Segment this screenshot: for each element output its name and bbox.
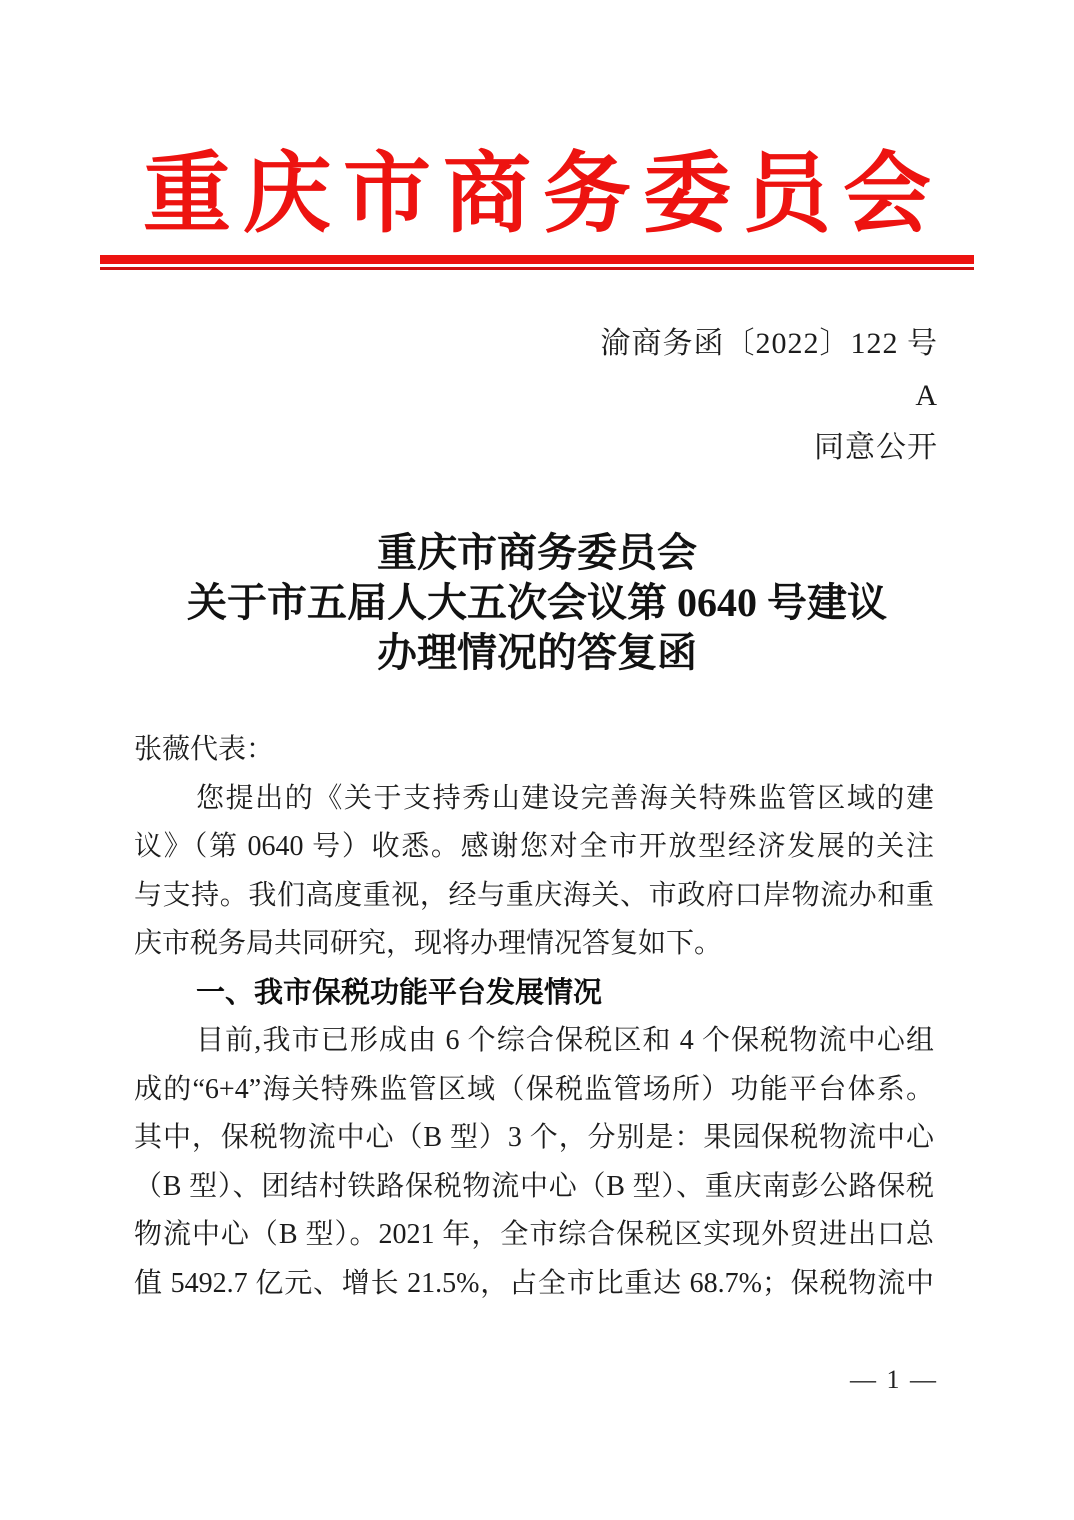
page-number: — 1 — bbox=[850, 1366, 938, 1394]
body-line: 您提出的《关于支持秀山建设完善海关特殊监管区域的建 bbox=[134, 775, 934, 824]
document-title-line: 办理情况的答复函 bbox=[0, 628, 1074, 678]
letter-body: 张薇代表： 您提出的《关于支持秀山建设完善海关特殊监管区域的建 议》（第 064… bbox=[134, 726, 934, 1308]
section-heading: 一、我市保税功能平台发展情况 bbox=[134, 969, 934, 1018]
doc-number: 渝商务函〔2022〕122 号 bbox=[601, 318, 939, 370]
salutation: 张薇代表： bbox=[134, 726, 934, 775]
body-line: 成的“6+4”海关特殊监管区域（保税监管场所）功能平台体系。 bbox=[134, 1066, 934, 1115]
body-line: 与支持。我们高度重视，经与重庆海关、市政府口岸物流办和重 bbox=[134, 872, 934, 921]
letterhead-rule-thin bbox=[100, 267, 974, 270]
body-line: 其中，保税物流中心（B 型）3 个，分别是：果园保税物流中心 bbox=[134, 1114, 934, 1163]
agency-letterhead: 重庆市商务委员会 bbox=[0, 146, 1074, 246]
body-line: （B 型）、团结村铁路保税物流中心（B 型）、重庆南彭公路保税 bbox=[134, 1163, 934, 1212]
reference-block: 渝商务函〔2022〕122 号 A 同意公开 bbox=[601, 318, 939, 474]
reply-classification: A bbox=[601, 370, 939, 422]
body-line: 议》（第 0640 号）收悉。感谢您对全市开放型经济发展的关注 bbox=[134, 823, 934, 872]
body-line: 值 5492.7 亿元、增长 21.5%，占全市比重达 68.7%；保税物流中 bbox=[134, 1260, 934, 1309]
document-title-line: 关于市五届人大五次会议第 0640 号建议 bbox=[0, 578, 1074, 628]
document-title-line: 重庆市商务委员会 bbox=[0, 528, 1074, 578]
letterhead-rule-thick bbox=[100, 255, 974, 264]
body-line: 庆市税务局共同研究，现将办理情况答复如下。 bbox=[134, 920, 934, 969]
body-line: 目前,我市已形成由 6 个综合保税区和 4 个保税物流中心组 bbox=[134, 1017, 934, 1066]
document-title: 重庆市商务委员会 关于市五届人大五次会议第 0640 号建议 办理情况的答复函 bbox=[0, 528, 1074, 678]
body-line: 物流中心（B 型）。2021 年，全市综合保税区实现外贸进出口总 bbox=[134, 1211, 934, 1260]
disclosure-status: 同意公开 bbox=[601, 422, 939, 474]
document-page: 重庆市商务委员会 渝商务函〔2022〕122 号 A 同意公开 重庆市商务委员会… bbox=[0, 0, 1074, 1520]
